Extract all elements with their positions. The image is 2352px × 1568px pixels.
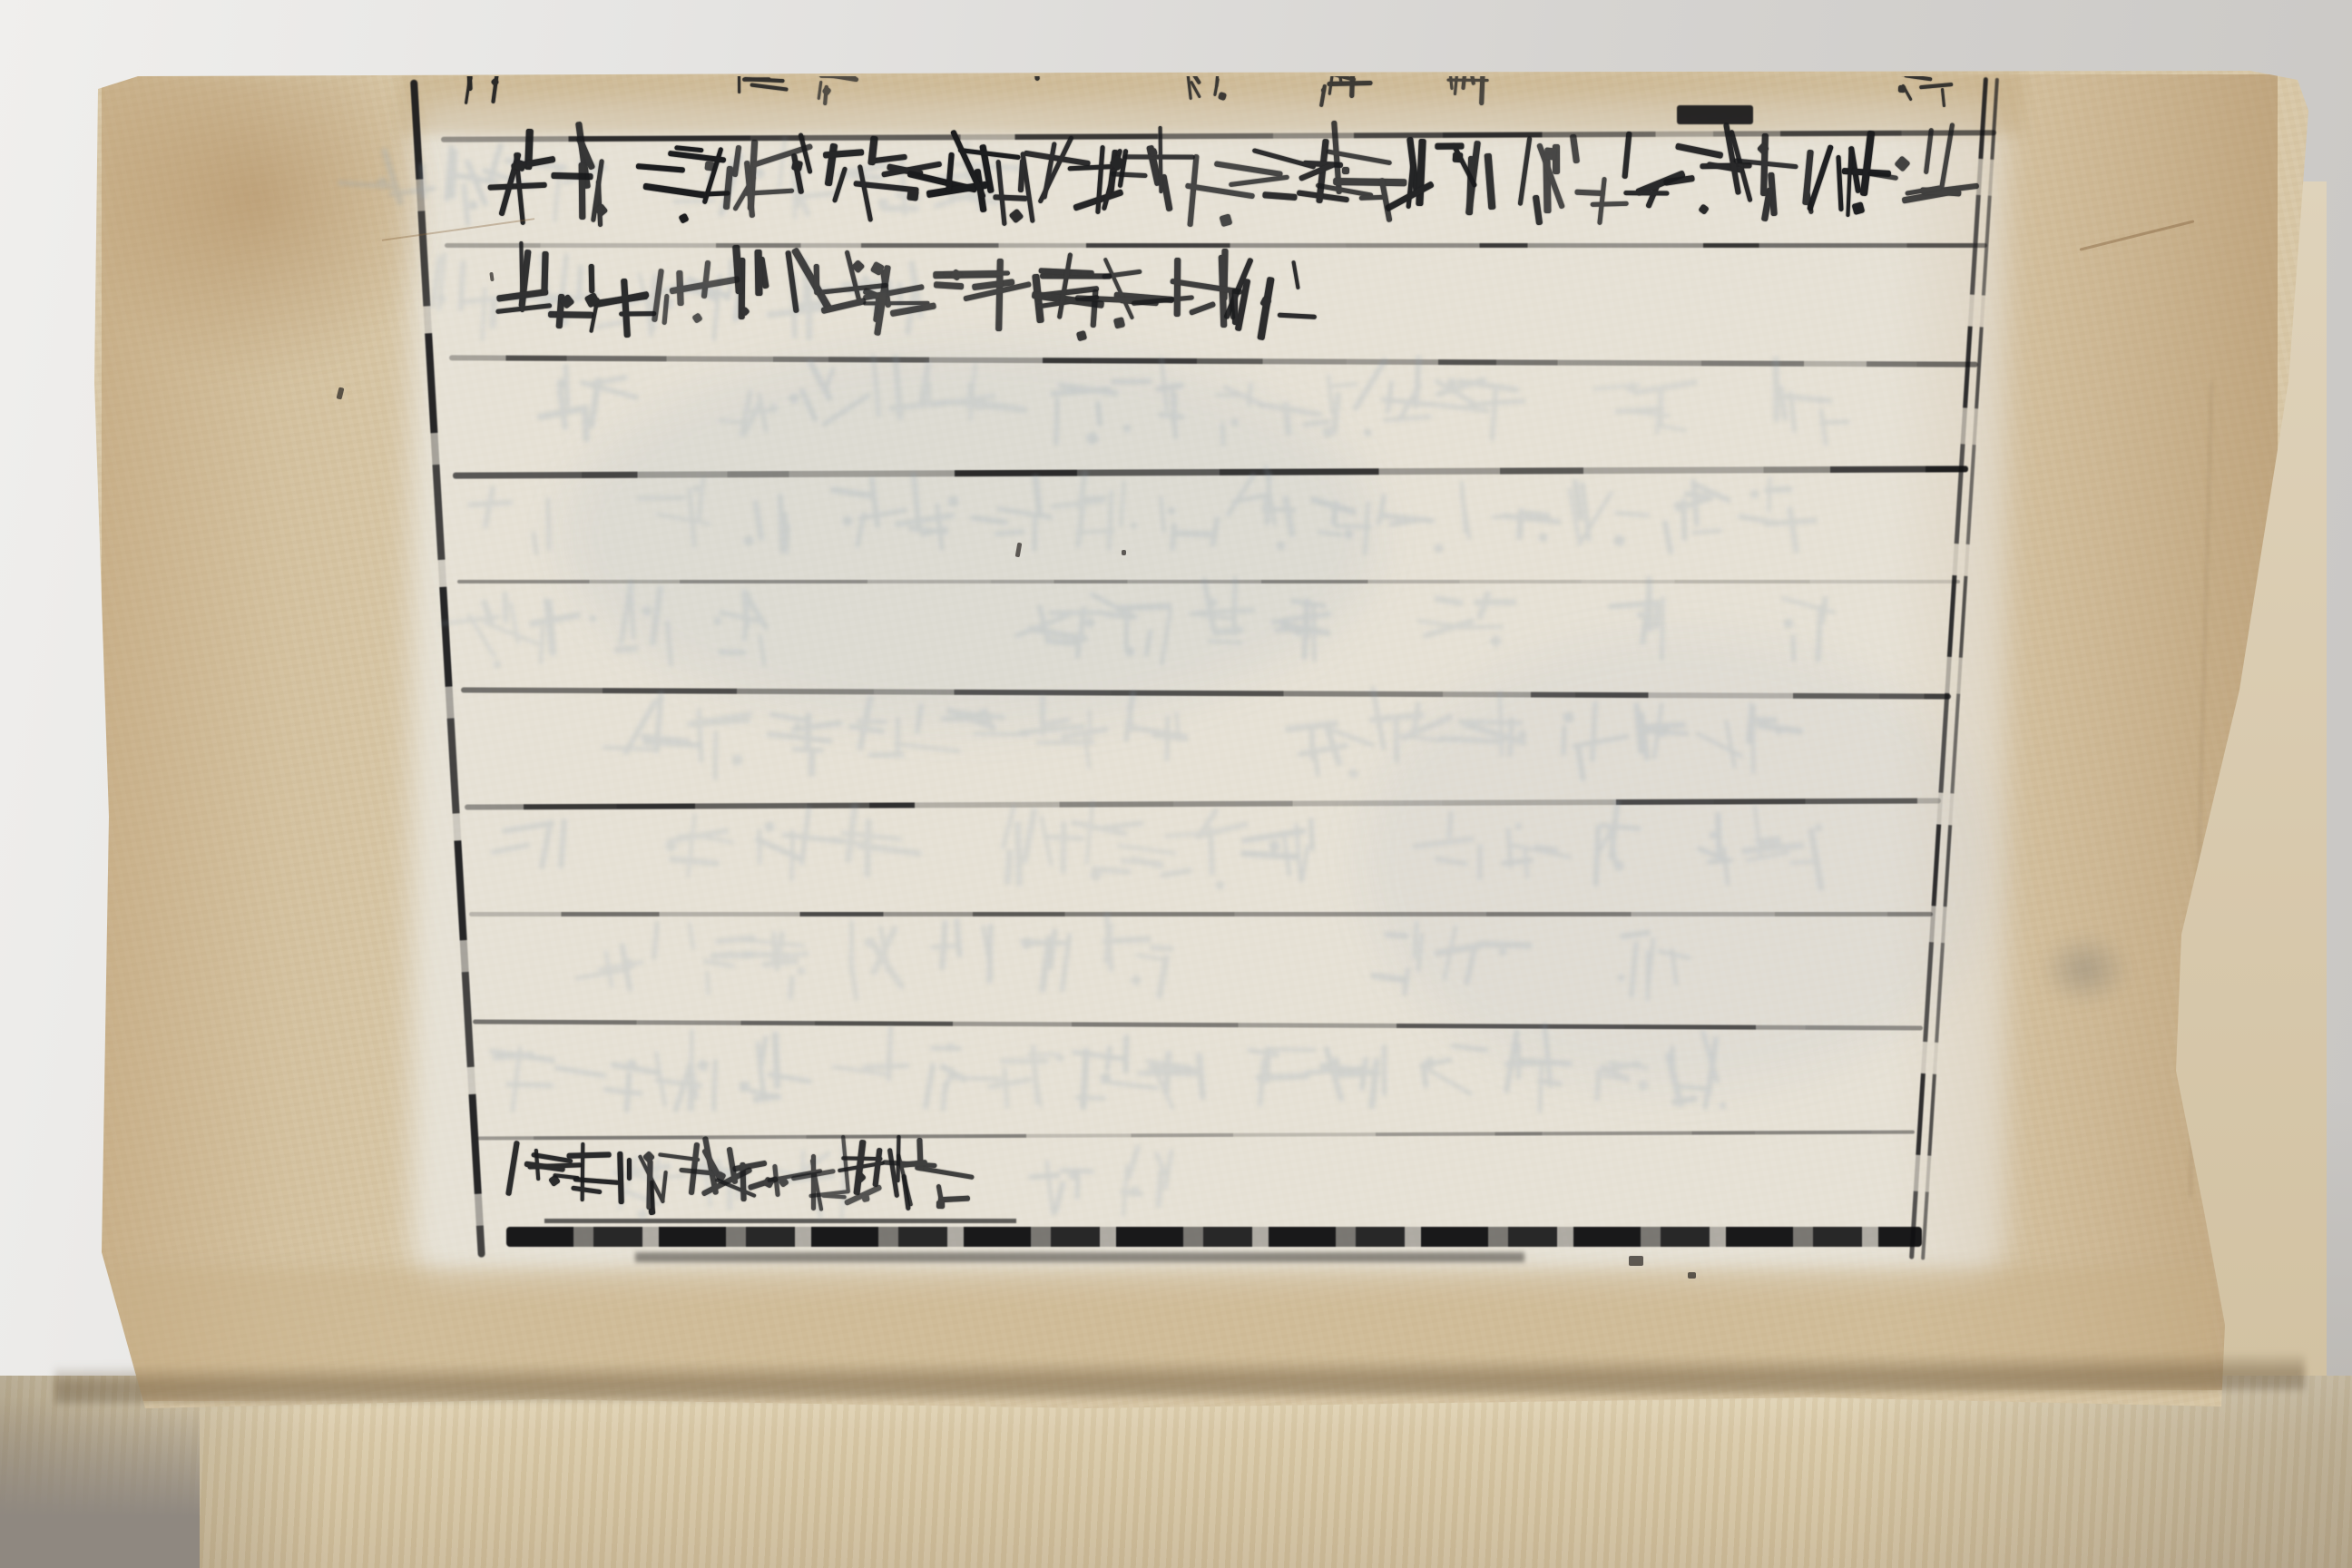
hanja-glyph: [1875, 140, 1962, 227]
hanja-glyph: [646, 258, 730, 341]
ink-speck: [1122, 550, 1126, 555]
hanja-glyph: [1227, 258, 1310, 341]
photo-of-book-page: 者也役旣就歲有庚子中盥手敬書共後六代孫通政 大夫承政院承旨萬錄謹識 八吾軒先生文…: [0, 0, 2352, 1568]
hanja-glyph: [864, 258, 947, 341]
hanja-glyph: [719, 258, 802, 341]
hanja-glyph: [1118, 1152, 1187, 1221]
ink-speck: [1688, 1272, 1696, 1279]
hanja-glyph: [1154, 258, 1238, 341]
ink-speck: [1629, 1256, 1643, 1266]
hanja-glyph: [1034, 1152, 1103, 1221]
show-through-row: [0, 0, 2352, 1568]
hanja-glyph: [893, 1145, 964, 1216]
book-page: [0, 0, 2352, 1568]
hanja-glyph: [573, 258, 657, 341]
hanja-glyph: [936, 258, 1020, 341]
hanja-glyph: [791, 258, 875, 341]
backdrop-shadow-left: [0, 1397, 200, 1568]
hanja-glyph: [501, 258, 584, 341]
